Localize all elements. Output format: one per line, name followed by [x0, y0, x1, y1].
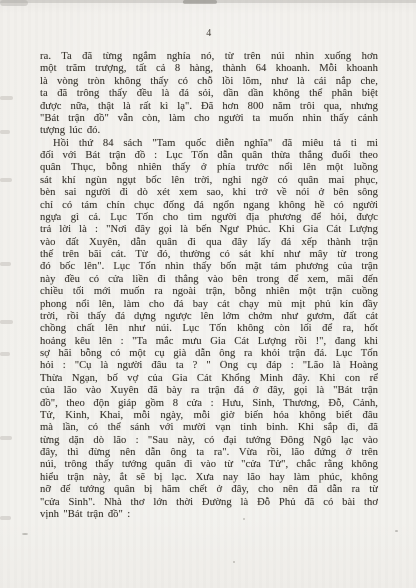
text-line: là vòng tròn không thấy có chỗ lồi lõm, …: [40, 76, 378, 88]
scan-edge-artifact: [0, 320, 13, 324]
scan-edge-artifact: [0, 0, 416, 3]
text-line: nỡ để tướng quân bị hãm chết ở đây, cho …: [40, 484, 378, 496]
text-line: đó bốc lên". Lục Tốn nhìn thấy bốn mặt t…: [40, 261, 378, 273]
scan-edge-artifact: [0, 262, 11, 266]
text-line: đối với Bát trận đồ : Lục Tốn dẫn quân t…: [40, 150, 378, 162]
text-line: núi, trông thấy tướng quân đi vào từ "cử…: [40, 459, 378, 471]
text-line: này đều có cửa liền đi thẳng vào bên tro…: [40, 274, 378, 286]
text-line: đồ", theo độn giáp gồm 8 cửa : Hưu, Sinh…: [40, 398, 378, 410]
text-line: "Bát trận đồ" vẫn còn, làm cho người ta …: [40, 113, 378, 125]
text-line: hoảng kêu lên : "Ta mắc mưu Gia Cát Lượn…: [40, 336, 378, 348]
text-line: Thừa Ngạn, bố vợ của Gia Cát Khổng Minh …: [40, 373, 378, 385]
text-line: đây, thì đừng nên dẫn ông ta ra". Vừa rồ…: [40, 447, 378, 459]
text-line: phong nổi lên, làm cho đá bay cát chạy m…: [40, 299, 378, 311]
text-line: vịnh "Bát trận đồ" :: [40, 509, 378, 521]
text-line: được nữa, thật là rất kì lạ". Đã hơn 800…: [40, 101, 378, 113]
text-line: hỏi : "Cụ là người đâu ta ? " Ông cụ đáp…: [40, 360, 378, 372]
text-line: một trăm trượng, tất cả 8 hàng, thành 64…: [40, 63, 378, 75]
scan-edge-artifact: [0, 130, 10, 134]
scan-speck-artifact: [22, 533, 28, 535]
text-line: của lão vào Xuyên đã bày ra trận đá ở đâ…: [40, 385, 378, 397]
text-line: mà lần, có thể sánh với mười vạn tinh bi…: [40, 422, 378, 434]
text-line: tượng lúc đó.: [40, 125, 378, 137]
text-line: trời, rồi thấy đá dựng ngược lên lởm chở…: [40, 311, 378, 323]
text-line: chiều tối mới muốn ra ngoài trận, bỗng n…: [40, 286, 378, 298]
scan-edge-artifact: [0, 96, 13, 100]
text-line: bèn sai người đi dò xét xem sao, khi trở…: [40, 187, 378, 199]
text-line: hiểu trận này, ắt sẽ bị lạc. Xưa nay lão…: [40, 472, 378, 484]
scan-speck-artifact: [233, 561, 235, 563]
body-text: ra. Ta đã từng ngắm nghía nó, từ trên nú…: [40, 51, 378, 521]
text-line: sợ hãi bỗng có một cụ già dẫn ông ra khỏ…: [40, 348, 378, 360]
text-line: sát khí ngùn ngụt bốc lên trời, nghi ngờ…: [40, 175, 378, 187]
scan-smudge-artifact: [0, 0, 28, 6]
text-line: "cửa Sinh". Nhà thơ lớn thời Đường là Đỗ…: [40, 497, 378, 509]
text-line: quân Thục, bỗng nhiên thấy ở phía trước …: [40, 162, 378, 174]
scanned-book-page: 4 ra. Ta đã từng ngắm nghía nó, từ trên …: [0, 0, 416, 588]
text-line: Tử, Kinh, Khai, mỗi ngày, mỗi giờ biến h…: [40, 410, 378, 422]
scan-edge-artifact: [0, 352, 10, 356]
scan-speck-artifact: [395, 530, 398, 532]
text-line: trả lời là : "Nơi đây gọi là bến Ngư Phú…: [40, 224, 378, 236]
text-line: chỉ có tám chín chục đống đá ngổn ngang …: [40, 200, 378, 212]
text-line: chồng chất lên như núi. Lục Tốn không cò…: [40, 323, 378, 335]
scan-smudge-artifact: [183, 0, 217, 4]
scan-edge-artifact: [0, 516, 11, 520]
text-line: từng dặn dò lão : "Sau này, có đại tướng…: [40, 435, 378, 447]
scan-edge-artifact: [0, 436, 12, 440]
text-line: vào đất Xuyên, dẫn quân đi qua đây lấy đ…: [40, 237, 378, 249]
text-line: ra. Ta đã từng ngắm nghía nó, từ trên nú…: [40, 51, 378, 63]
text-line: thế trên bãi cát. Từ đó, thường có sát k…: [40, 249, 378, 261]
text-line: ta đã trông thấy đều là đá sỏi, dần dần …: [40, 88, 378, 100]
text-line: Hồi thứ 84 sách "Tam quốc diễn nghĩa" đã…: [40, 138, 378, 150]
page-number: 4: [40, 28, 378, 39]
text-line: ngựa gì cả. Lục Tốn cho tìm người địa ph…: [40, 212, 378, 224]
scan-edge-artifact: [0, 178, 12, 182]
